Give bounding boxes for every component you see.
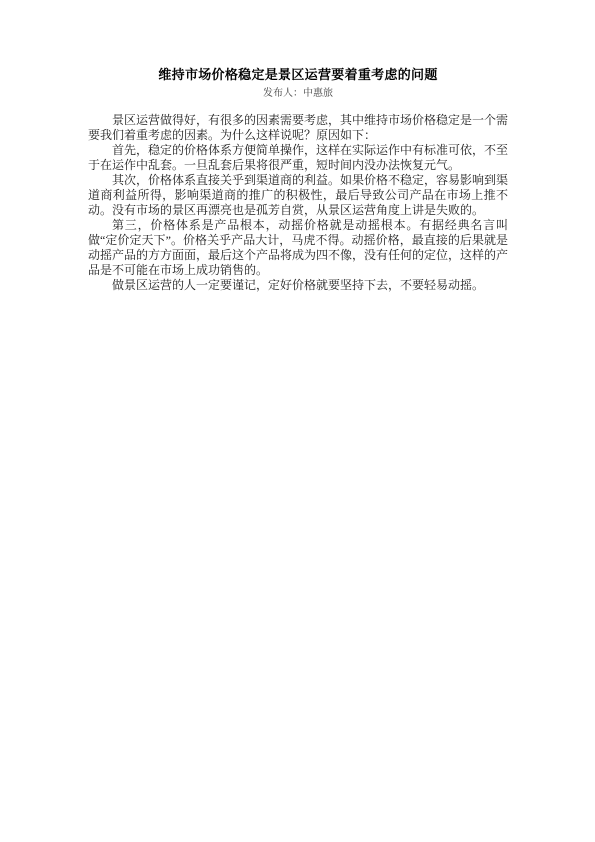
paragraph-second-reason: 其次，价格体系直接关乎到渠道商的利益。如果价格不稳定，容易影响到渠道商利益所得，… <box>88 173 508 218</box>
document-content: 维持市场价格稳定是景区运营要着重考虑的问题 发布人：中惠旅 景区运营做得好，有很… <box>0 0 595 293</box>
byline: 发布人：中惠旅 <box>88 87 508 100</box>
paragraph-intro: 景区运营做得好，有很多的因素需要考虑，其中维持市场价格稳定是一个需要我们着重考虑… <box>88 113 508 143</box>
document-page: 维持市场价格稳定是景区运营要着重考虑的问题 发布人：中惠旅 景区运营做得好，有很… <box>0 0 595 842</box>
paragraph-first-reason: 首先，稳定的价格体系方便简单操作，这样在实际运作中有标准可依，不至于在运作中乱套… <box>88 143 508 173</box>
document-title: 维持市场价格稳定是景区运营要着重考虑的问题 <box>88 67 508 83</box>
paragraph-conclusion: 做景区运营的人一定要谨记，定好价格就要坚持下去，不要轻易动摇。 <box>88 278 508 293</box>
document-body: 景区运营做得好，有很多的因素需要考虑，其中维持市场价格稳定是一个需要我们着重考虑… <box>88 113 508 293</box>
paragraph-third-reason: 第三，价格体系是产品根本，动摇价格就是动摇根本。有据经典名言叫做“定价定天下”。… <box>88 218 508 278</box>
